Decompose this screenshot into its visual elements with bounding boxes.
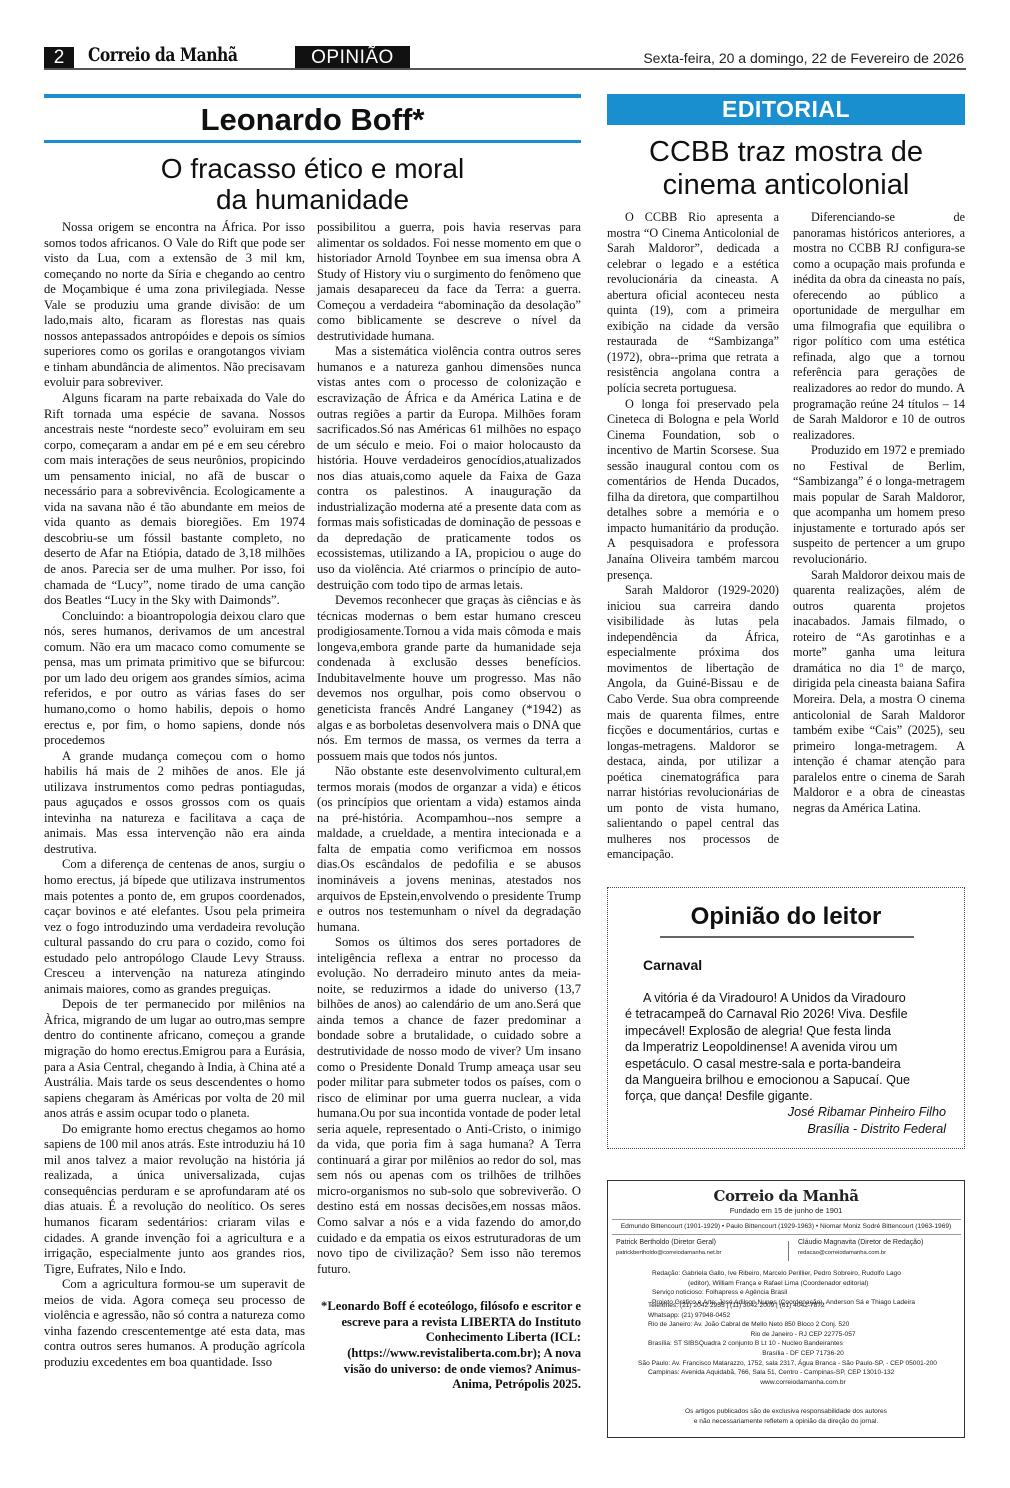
letter-line: da Mangueira brilhou e emocionou a Sapuc… [625,1072,955,1088]
contact-address: Brasília - DF CEP 71736-20 [648,1349,958,1359]
director-general-email[interactable]: patrickbertholdo@correiodamanha.net.br [616,1248,721,1258]
section-tag: OPINIÃO [295,46,410,69]
masthead-founders: Edmundo Bittencourt (1901-1929) • Paulo … [608,1223,964,1230]
paragraph: Diferenciando-se de panoramas históricos… [793,210,965,443]
signature-place: Brasília - Distrito Federal [788,1121,946,1138]
contact-phones: Telefones: (21) 2042 2955 | (11) 3042 20… [648,1301,958,1311]
author-bottom-rule [44,140,581,143]
paragraph: Mas a sistemática violência contra outro… [317,344,581,593]
staff-line: Serviço noticioso: Folhapress e Agência … [652,1288,952,1298]
letter-line: da Imperatriz Leopoldinense! A avenida v… [625,1039,955,1055]
masthead-vertical-divider [788,1241,789,1261]
masthead-contacts: Telefones: (21) 2042 2955 | (11) 3042 20… [648,1301,958,1387]
article-headline: O fracasso ético e moral da humanidade [44,153,581,215]
paragraph: Sarah Maldoror (1929-2020) iniciou sua c… [607,583,779,863]
paragraph: Produzido em 1972 e premiado no Festival… [793,443,965,567]
editor-director-email[interactable]: redacao@correiodamanha.com.br [798,1248,923,1258]
letter-line: A vitória é da Viradouro! A Unidos da Vi… [625,990,955,1006]
website-link[interactable]: www.correiodamanha.com.br [648,1378,958,1388]
headline-line-1: O fracasso ético e moral [44,153,581,184]
contact-address: São Paulo: Av. Francisco Matarazzo, 1752… [638,1359,958,1369]
editorial-headline: CCBB traz mostra de cinema anticolonial [600,136,972,202]
staff-line: (editor), William França e Rafael Lima (… [652,1279,952,1289]
paragraph: Alguns ficaram na parte rebaixada do Val… [44,391,305,609]
masthead-divider [612,1219,961,1220]
letter-line: é tetracampeã do Carnaval Rio 2026! Viva… [625,1006,955,1022]
paragraph: Não obstante este desenvolvimento cultur… [317,764,581,935]
paragraph: Devemos reconhecer que graças às ciência… [317,593,581,764]
masthead-disclaimer: Os artigos publicados são de exclusiva r… [608,1407,964,1427]
reader-opinion-box: Opinião do leitor Carnaval A vitória é d… [607,887,965,1149]
paragraph: O longa foi preservado pela Cineteca di … [607,397,779,584]
contact-address: Campinas: Avenida Aquidabã, 766, Sala 51… [648,1368,958,1378]
editor-director: Cláudio Magnavita (Diretor de Redação) [798,1238,923,1248]
paragraph: Com a agricultura formou-se um superavit… [44,1277,305,1370]
signature-name: José Ribamar Pinheiro Filho [788,1104,946,1121]
paragraph: Concluindo: a bioantropologia deixou cla… [44,609,305,749]
paragraph: Sarah Maldoror deixou mais de quarenta r… [793,568,965,817]
article-column-1: Nossa origem se encontra na África. Por … [44,220,305,1370]
masthead-box: Correio da Manhã Fundado em 15 de junho … [607,1180,965,1438]
director-general-block: Patrick Bertholdo (Diretor Geral) patric… [616,1238,721,1258]
paragraph: Com a diferença de centenas de anos, sur… [44,857,305,997]
editorial-column-1: O CCBB Rio apresenta a mostra “O Cinema … [607,210,779,863]
disclaimer-line: e não necessariamente refletem a opinião… [608,1417,964,1427]
letter-line: espetáculo. O casal mestre-sala e porta-… [625,1056,955,1072]
paragraph: A grande mudança começou com o homo habi… [44,749,305,858]
paragraph: Somos os últimos dos seres portadores de… [317,935,581,1277]
letter-line: força, que dança! Desfile gigante. [625,1088,955,1104]
headline-line-2: cinema anticolonial [600,169,972,202]
paragraph: O CCBB Rio apresenta a mostra “O Cinema … [607,210,779,397]
paragraph: Nossa origem se encontra na África. Por … [44,220,305,391]
disclaimer-line: Os artigos publicados são de exclusiva r… [608,1407,964,1417]
masthead-divider [612,1234,961,1235]
author-top-rule [44,94,581,98]
contact-address: Rio de Janeiro: Av. João Cabral de Mello… [648,1320,958,1330]
header-divider [44,68,966,70]
paragraph: possibilitou a guerra, pois havia reserv… [317,220,581,344]
article-column-2: possibilitou a guerra, pois havia reserv… [317,220,581,1393]
contact-address: Brasília: ST SIBSQuadra 2 conjunto B Lt … [648,1339,958,1349]
author-bio: *Leonardo Boff é ecoteólogo, filósofo e … [317,1299,581,1393]
editorial-label: EDITORIAL [607,94,965,125]
newspaper-logo: Correio da Manhã [88,44,237,66]
director-general: Patrick Bertholdo (Diretor Geral) [616,1238,721,1248]
paragraph: Do emigrante homo erectus chegamos ao ho… [44,1122,305,1277]
page-number: 2 [44,47,74,69]
letter-line: impecável! Explosão de alegria! Que fest… [625,1023,955,1039]
reader-opinion-title: Opinião do leitor [608,902,964,932]
article-author: Leonardo Boff* [44,100,581,140]
letter-signature: José Ribamar Pinheiro Filho Brasília - D… [788,1104,946,1138]
letter-subject: Carnaval [643,957,702,973]
contact-whatsapp: Whatsapp: (21) 97948-0452 [648,1311,958,1321]
contact-address: Rio de Janeiro - RJ CEP 22775-057 [648,1330,958,1340]
paragraph: Depois de ter permanecido por milênios n… [44,997,305,1121]
editorial-column-2: Diferenciando-se de panoramas históricos… [793,210,965,816]
headline-line-2: da humanidade [44,184,581,215]
masthead-founded: Fundado em 15 de junho de 1901 [608,1206,964,1215]
reader-title-underline [660,936,914,938]
edition-date: Sexta-feira, 20 a domingo, 22 de Feverei… [643,50,964,66]
headline-line-1: CCBB traz mostra de [600,136,972,169]
staff-line: Redação: Gabriela Gallo, Ive Ribeiro, Ma… [652,1269,952,1279]
letter-body: A vitória é da Viradouro! A Unidos da Vi… [625,990,955,1105]
masthead-logo: Correio da Manhã [608,1187,964,1205]
editor-director-block: Cláudio Magnavita (Diretor de Redação) r… [798,1238,923,1258]
